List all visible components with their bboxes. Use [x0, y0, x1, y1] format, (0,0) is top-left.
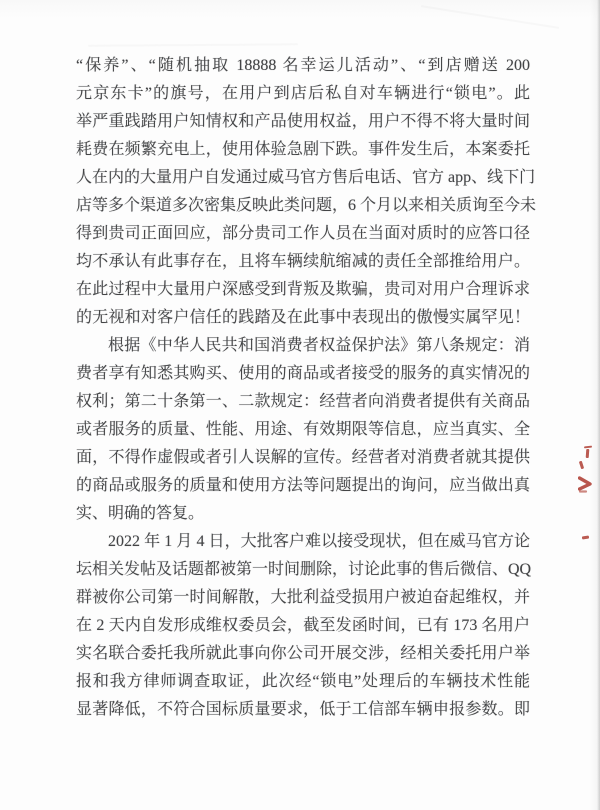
text-line: 人在内的大量用户自发通过威马官方售后电话、官方 app、线下门	[76, 164, 530, 192]
text-line: 2022 年 1 月 4 日，大批客户难以接受现状，但在威马官方论	[76, 528, 530, 556]
text-line: 的商品或服务的质量和使用方法等问题提出的询问，应当做出真	[76, 472, 530, 500]
red-seal-fragment	[579, 461, 584, 470]
text-line: “保养”、“随机抽取 18888 名幸运儿活动”、“到店赠送 200	[76, 52, 530, 80]
scanned-document-page: “保养”、“随机抽取 18888 名幸运儿活动”、“到店赠送 200 元京东卡”…	[0, 0, 600, 810]
text-line: 权利；第二十条第一、二款规定：经营者向消费者提供有关商品	[76, 388, 530, 416]
text-line: 举严重践踏用户知情权和产品使用权益，用户不得不将大量时间	[76, 108, 530, 136]
text-line: 的无视和对客户信任的践踏及在此事中表现出的傲慢实属罕见！	[76, 304, 530, 332]
text-line: 耗费在频繁充电上，使用体验急剧下跌。事件发生后，本案委托	[76, 136, 530, 164]
text-line: 根据《中华人民共和国消费者权益保护法》第八条规定：消	[76, 332, 530, 360]
red-seal-fragment	[582, 536, 589, 540]
text-line: 费者享有知悉其购买、使用的商品或者接受的服务的真实情况的	[76, 360, 530, 388]
text-line: 在 2 天内自发形成维权委员会，截至发函时间，已有 173 名用户	[76, 612, 530, 640]
letter-body: “保养”、“随机抽取 18888 名幸运儿活动”、“到店赠送 200 元京东卡”…	[76, 52, 530, 724]
text-line: 坛相关发帖及话题都被第一时间删除，讨论此事的售后微信、QQ	[76, 556, 530, 584]
scan-streak-artifact	[88, 43, 298, 46]
text-line: 或者服务的质量、性能、用途、有效期限等信息，应当真实、全	[76, 416, 530, 444]
text-line: 均不承认有此事存在，且将车辆续航缩减的责任全部推给用户。	[76, 248, 530, 276]
text-line: 面，不得作虚假或者引人误解的宣传。经营者对消费者就其提供	[76, 444, 530, 472]
text-line: 报和我方律师调查取证，此次经“锁电”处理后的车辆技术性能	[76, 668, 530, 696]
text-line: 实名联合委托我所就此事向你公司开展交涉，经相关委托用户举	[76, 640, 530, 668]
text-line: 在此过程中大量用户深感受到背叛及欺骗，贵司对用户合理诉求	[76, 276, 530, 304]
red-seal-fragment	[578, 476, 592, 493]
text-line: 显著降低，不符合国标质量要求，低于工信部车辆申报参数。即	[76, 696, 530, 724]
red-seal-fragment	[586, 449, 590, 458]
text-line: 元京东卡”的旗号，在用户到店后私自对车辆进行“锁电”。此	[76, 80, 530, 108]
red-seal-fragment	[584, 446, 592, 449]
text-line: 得到贵司正面回应，部分贵司工作人员在当面对质时的应答口径	[76, 220, 530, 248]
text-line: 实、明确的答复。	[76, 500, 530, 528]
text-line: 群被你公司第一时间解散，大批利益受损用户被迫奋起维权，并	[76, 584, 530, 612]
text-line: 店等多个渠道多次密集反映此类问题，6 个月以来相关质询至今未	[76, 192, 530, 220]
scan-streak-artifact	[421, 5, 560, 29]
